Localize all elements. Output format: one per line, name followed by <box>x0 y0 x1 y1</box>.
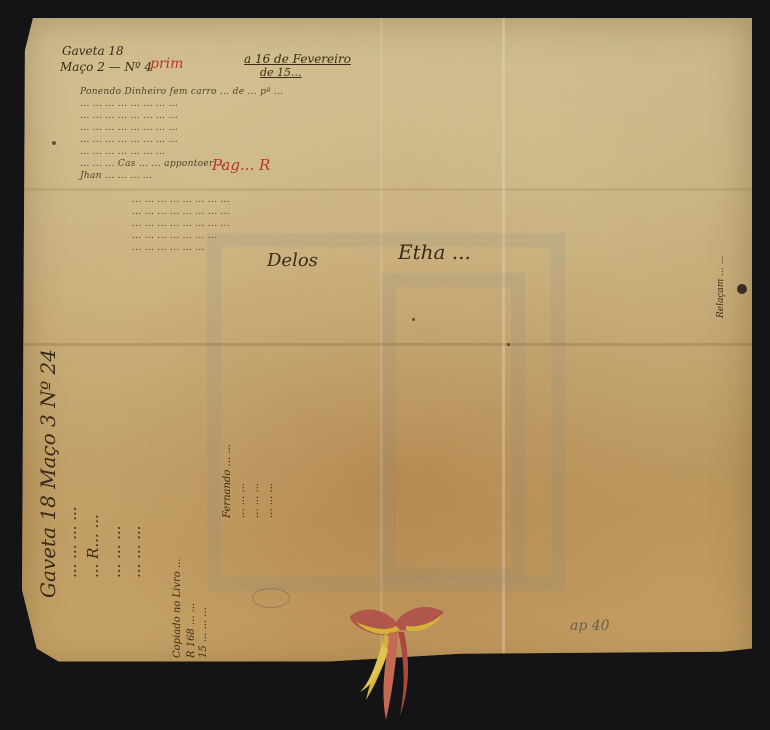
text-line: ... ... ... ... ... ... ... ... <box>80 98 283 110</box>
catalog-note-line: Copiado no Livro ... <box>172 559 183 658</box>
center-vertical-line: ... ... ... <box>264 483 275 518</box>
right-margin-note: Relaçam ... ... <box>716 256 726 318</box>
signature-1: Delos <box>267 250 318 271</box>
ink-spot <box>52 141 56 145</box>
archive-stamp <box>252 588 290 608</box>
date-line-1: a 16 de Fevereiro <box>244 52 351 66</box>
bleed-through-frame <box>382 273 525 581</box>
text-line: ... ... ... ... ... ... <box>132 242 230 254</box>
shelfmark-line-1: Gaveta 18 <box>62 44 124 58</box>
left-vertical-line: ... ... ... <box>106 526 124 578</box>
text-line: ... ... ... ... ... ... ... ... <box>132 194 230 206</box>
text-line: ... ... ... ... ... ... ... ... <box>80 110 283 122</box>
left-vertical-line: ... R... ... <box>84 514 102 578</box>
center-vertical-line: ... ... ... <box>250 483 261 518</box>
center-vertical-line: Fernando ... ... <box>222 444 233 518</box>
text-line: ... ... ... ... ... ... ... <box>132 230 230 242</box>
left-vertical-line: ... ... ... ... <box>62 506 80 578</box>
seal-tassel <box>346 604 446 724</box>
catalog-note-line: 15 ... ... ... <box>198 607 209 658</box>
red-mark: prim <box>150 56 183 72</box>
left-vertical-title: Gaveta 18 Maço 3 Nº 24 <box>36 349 60 598</box>
text-line: Ponendo Dinheiro fem carro ... de ... pª… <box>80 86 283 98</box>
text-line: ... ... ... ... ... ... ... ... <box>80 134 283 146</box>
ink-spot <box>412 318 415 321</box>
shelfmark-line-2: Maço 2 — Nº 4 <box>60 60 152 74</box>
ink-spot <box>507 343 510 346</box>
left-vertical-line: ... ... ... <box>126 526 144 578</box>
date-line-2: de 15... <box>260 66 302 79</box>
red-heading: Pag... R <box>212 156 270 174</box>
paragraph-2: ... ... ... ... ... ... ... ... ... ... … <box>132 194 230 254</box>
parchment-document: Gaveta 18 Maço 2 — Nº 4 prim a 16 de Fev… <box>22 18 752 668</box>
text-line: ... ... ... ... ... ... ... ... <box>80 122 283 134</box>
pencil-note: ap 40 <box>570 618 610 634</box>
fold-line-horizontal <box>22 188 752 191</box>
signature-2: Etha ... <box>398 240 471 264</box>
punch-hole <box>737 284 747 294</box>
center-vertical-line: ... ... ... <box>236 483 247 518</box>
text-line: ... ... ... ... ... ... ... ... <box>132 218 230 230</box>
catalog-note-line: R 168 ... ... <box>186 603 197 658</box>
text-line: ... ... ... ... ... ... ... ... <box>132 206 230 218</box>
